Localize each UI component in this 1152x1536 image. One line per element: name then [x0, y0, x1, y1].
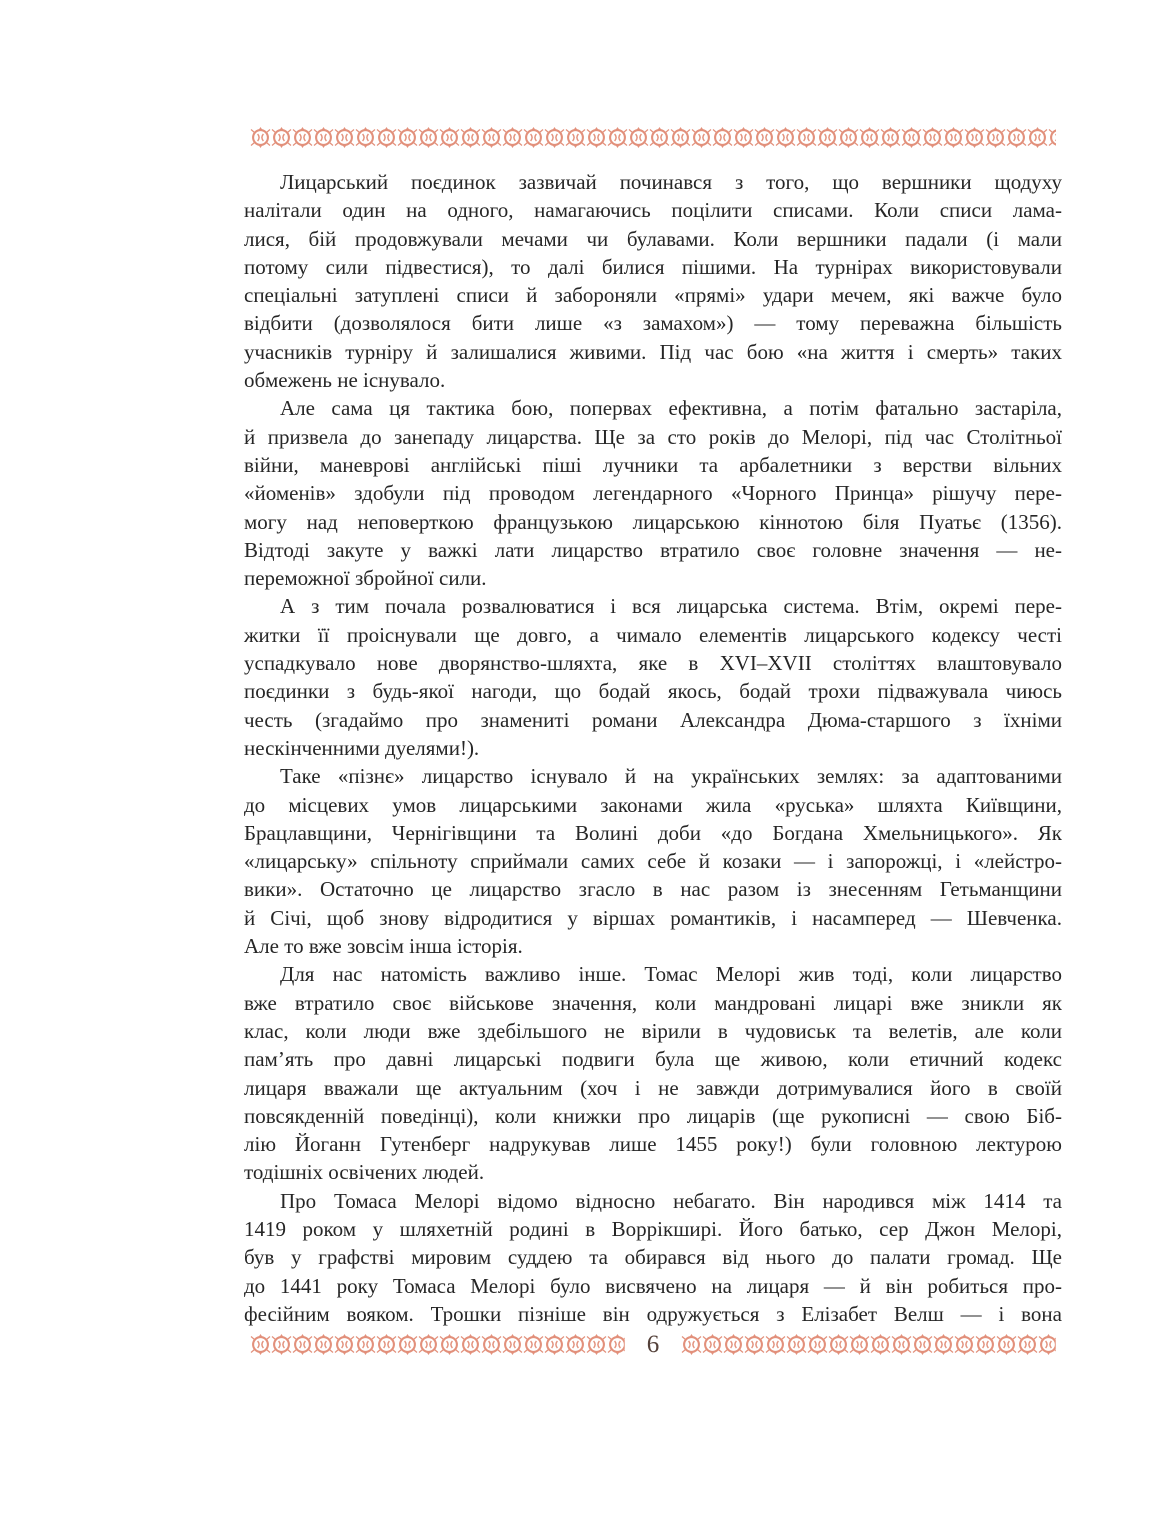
text-line: пам’ять про давні лицарські подвиги була… [244, 1045, 1062, 1073]
text-line: до місцевих умов лицарськими законами жи… [244, 791, 1062, 819]
text-line: обмежень не існувало. [244, 366, 1062, 394]
text-line: Відтоді закуте у важкі лати лицарство вт… [244, 536, 1062, 564]
ornament-pattern-icon [250, 1333, 625, 1356]
text-line: Лицарський поєдинок зазвичай починався з… [244, 168, 1062, 196]
text-line: налітали один на одного, намагаючись поц… [244, 196, 1062, 224]
text-line: Але то вже зовсім інша історія. [244, 932, 1062, 960]
body-text: Лицарський поєдинок зазвичай починався з… [244, 168, 1062, 1328]
text-line: спеціальні затуплені списи й забороняли … [244, 281, 1062, 309]
text-line: могу над неповерткою французькою лицарсь… [244, 508, 1062, 536]
text-line: війни, маневрові англійські піші лучники… [244, 451, 1062, 479]
book-page: Лицарський поєдинок зазвичай починався з… [0, 0, 1152, 1536]
text-line: повсякденній поведінці), коли книжки про… [244, 1102, 1062, 1130]
text-line: й призвела до занепаду лицарства. Ще за … [244, 423, 1062, 451]
text-line: «йоменів» здобули під проводом легендарн… [244, 479, 1062, 507]
text-line: фесійним вояком. Трошки пізніше він одру… [244, 1300, 1062, 1328]
text-line: вики». Остаточно це лицарство згасло в н… [244, 875, 1062, 903]
text-line: й Січі, щоб знову відродитися у віршах р… [244, 904, 1062, 932]
text-line: Таке «пізнє» лицарство існувало й на укр… [244, 762, 1062, 790]
page-number: 6 [647, 1333, 660, 1356]
text-line: учасників турніру й залишалися живими. П… [244, 338, 1062, 366]
text-line: відбити (дозволялося бити лише «з замахо… [244, 309, 1062, 337]
ornament-band-footer-left [250, 1333, 625, 1356]
text-line: лію Йоганн Гутенберг надрукував лише 145… [244, 1130, 1062, 1158]
text-line: тодішніх освічених людей. [244, 1158, 1062, 1186]
page-footer: 6 [244, 1333, 1062, 1356]
text-line: клас, коли люди вже здебільшого не вірил… [244, 1017, 1062, 1045]
text-line: честь (згадаймо про знамениті романи Але… [244, 706, 1062, 734]
text-line: переможної збройної сили. [244, 564, 1062, 592]
text-line: Про Томаса Мелорі відомо відносно небага… [244, 1187, 1062, 1215]
text-column: Лицарський поєдинок зазвичай починався з… [244, 126, 1062, 1356]
ornament-pattern-icon [681, 1333, 1056, 1356]
text-line: Але сама ця тактика бою, попервах ефекти… [244, 394, 1062, 422]
text-line: А з тим почала розвалюватися і вся лицар… [244, 592, 1062, 620]
ornament-band-top [250, 126, 1056, 149]
text-line: Для нас натомість важливо інше. Томас Ме… [244, 960, 1062, 988]
text-line: потому сили підвестися), то далі билися … [244, 253, 1062, 281]
text-line: нескінченними дуелями!). [244, 734, 1062, 762]
ornament-band-footer-right [681, 1333, 1056, 1356]
text-line: поєдинки з будь-якої нагоди, що бодай як… [244, 677, 1062, 705]
text-line: Брацлавщини, Чернігівщини та Волині доби… [244, 819, 1062, 847]
text-line: успадкувало нове дворянство-шляхта, яке … [244, 649, 1062, 677]
text-line: лися, бій продовжували мечами чи булавам… [244, 225, 1062, 253]
text-line: 1419 роком у шляхетній родині в Воррікши… [244, 1215, 1062, 1243]
text-line: був у графстві мировим суддею та обиравс… [244, 1243, 1062, 1271]
ornament-pattern-icon [250, 126, 1056, 149]
text-line: «лицарську» спільноту сприймали самих се… [244, 847, 1062, 875]
text-line: лицаря вважали ще актуальним (хоч і не з… [244, 1074, 1062, 1102]
text-line: житки її проіснували ще довго, а чимало … [244, 621, 1062, 649]
text-line: вже втратило своє військове значення, ко… [244, 989, 1062, 1017]
text-line: до 1441 року Томаса Мелорі було висвячен… [244, 1272, 1062, 1300]
